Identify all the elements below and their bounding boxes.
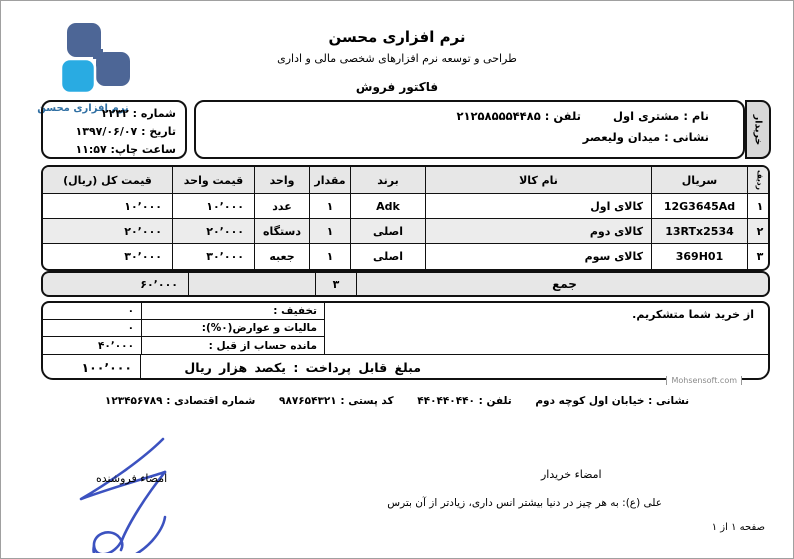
cell-quantity: ۱ [309, 219, 350, 244]
col-header-serial: سریال [651, 167, 747, 194]
company-name: نرم افزاری محسن [1, 28, 793, 46]
col-header-item-name: نام کالا [425, 167, 651, 194]
buyer-address-label: نشانی : [664, 130, 709, 144]
invoice-page: نرم افزاری محسن نرم افزاری محسن طراحی و … [0, 0, 794, 559]
totals-block: ۰ تخفیف : ۰ مالیات و عوارض (%۰) : ۴۰٬۰۰۰… [41, 301, 770, 380]
col-header-unit: واحد [254, 167, 309, 194]
page-number: صفحه ۱ از ۱ [701, 522, 765, 533]
payable-row: ۱۰۰٬۰۰۰ مبلغ قابل پرداخت : یکصد هزار ریا… [43, 354, 768, 380]
col-header-total-price: قیمت کل (ریال) [43, 167, 172, 194]
cell-quantity: ۱ [309, 194, 350, 219]
cell-unit: عدد [254, 194, 309, 219]
cell-total-price: ۲۰٬۰۰۰ [43, 219, 172, 244]
payable-value: ۱۰۰٬۰۰۰ [43, 355, 141, 380]
website-watermark: Mohsensoft.com [666, 376, 742, 385]
payable-label: مبلغ قابل پرداخت : یکصد هزار ریال [141, 355, 433, 380]
discount-label: تخفیف : [141, 303, 325, 320]
footer-quote: علی (ع): به هر چیز در دنیا بیشتر انس دار… [256, 497, 662, 509]
seller-address: نشانی : خیابان اول کوچه دوم [535, 395, 689, 407]
cell-row-no: ۳ [747, 244, 770, 269]
company-tagline: طراحی و توسعه نرم افزارهای شخصی مالی و ا… [1, 52, 793, 65]
buyer-box: نام : مشتری اول تلفن : ۲۱۲۵۸۵۵۵۴۴۸۵ نشان… [194, 100, 745, 159]
previous-balance-label: مانده حساب از قبل : [141, 337, 325, 354]
tax-value: ۰ [43, 320, 141, 337]
cell-unit-price: ۳۰٬۰۰۰ [172, 244, 254, 269]
col-header-brand: برند [350, 167, 425, 194]
cell-serial: 13RTx2534 [651, 219, 747, 244]
sum-row: ۶۰٬۰۰۰ ۳ جمع [41, 271, 770, 297]
buyer-name-phone-line: نام : مشتری اول تلفن : ۲۱۲۵۸۵۵۵۴۴۸۵ [196, 109, 709, 123]
sum-empty-cell [188, 273, 315, 295]
col-header-row-no: ردیف [747, 167, 770, 194]
buyer-name-value: مشتری اول [613, 109, 679, 123]
cell-item-name: کالای سوم [425, 244, 651, 269]
cell-unit-price: ۲۰٬۰۰۰ [172, 219, 254, 244]
cell-unit: جعبه [254, 244, 309, 269]
cell-row-no: ۱ [747, 194, 770, 219]
cell-unit: دستگاه [254, 219, 309, 244]
seller-signature-scribble [43, 429, 201, 553]
invoice-meta-box: شماره : ۲۲۳۲ تاریخ : ۱۳۹۷/۰۶/۰۷ ساعت چاپ… [41, 100, 187, 159]
invoice-number: شماره : ۲۲۳۲ [43, 105, 176, 123]
seller-contact-line: نشانی : خیابان اول کوچه دوم تلفن : ۴۴۰۴۴… [1, 395, 793, 407]
invoice-date: تاریخ : ۱۳۹۷/۰۶/۰۷ [43, 123, 176, 141]
print-time: ساعت چاپ: ۱۱:۵۷ [43, 141, 176, 159]
buyer-phone-label: تلفن : [545, 109, 581, 123]
document-title: فاکتور فروش [1, 80, 793, 94]
sum-label: جمع [356, 273, 770, 295]
thanks-note: از خرید شما متشکریم. [632, 308, 754, 321]
tax-label: مالیات و عوارض (%۰) : [141, 320, 325, 337]
seller-economic-code: شماره اقتصادی : ۱۲۳۴۵۶۷۸۹ [105, 395, 255, 407]
cell-unit-price: ۱۰٬۰۰۰ [172, 194, 254, 219]
previous-balance-value: ۴۰٬۰۰۰ [43, 337, 141, 354]
cell-serial: 369H01 [651, 244, 747, 269]
buyer-phone-value: ۲۱۲۵۸۵۵۵۴۴۸۵ [456, 109, 540, 123]
sum-total-price: ۶۰٬۰۰۰ [43, 273, 188, 295]
cell-item-name: کالای اول [425, 194, 651, 219]
cell-total-price: ۳۰٬۰۰۰ [43, 244, 172, 269]
cell-serial: 12G3645Ad [651, 194, 747, 219]
seller-signature-label: امضاء فروشنده [96, 472, 167, 485]
discount-value: ۰ [43, 303, 141, 320]
buyer-address-value: میدان ولیعصر [583, 130, 660, 144]
sum-quantity: ۳ [315, 273, 356, 295]
cell-brand: اصلی [350, 244, 425, 269]
cell-item-name: کالای دوم [425, 219, 651, 244]
items-table: قیمت کل (ریال) قیمت واحد واحد مقدار برند… [41, 165, 770, 271]
cell-brand: اصلی [350, 219, 425, 244]
cell-quantity: ۱ [309, 244, 350, 269]
cell-total-price: ۱۰٬۰۰۰ [43, 194, 172, 219]
col-header-quantity: مقدار [309, 167, 350, 194]
buyer-address-line: نشانی : میدان ولیعصر [196, 130, 709, 144]
seller-phone: تلفن : ۴۴۰۴۴۰۴۴۰ [417, 395, 511, 407]
cell-row-no: ۲ [747, 219, 770, 244]
buyer-tab: خریدار [745, 100, 771, 159]
buyer-signature-label: امضاء خریدار [541, 468, 602, 481]
totals-grid: ۰ تخفیف : ۰ مالیات و عوارض (%۰) : ۴۰٬۰۰۰… [43, 303, 325, 354]
cell-brand: Adk [350, 194, 425, 219]
buyer-name-label: نام : [683, 109, 709, 123]
seller-postal-code: کد پستی : ۹۸۷۶۵۴۳۲۱ [279, 395, 394, 407]
col-header-unit-price: قیمت واحد [172, 167, 254, 194]
